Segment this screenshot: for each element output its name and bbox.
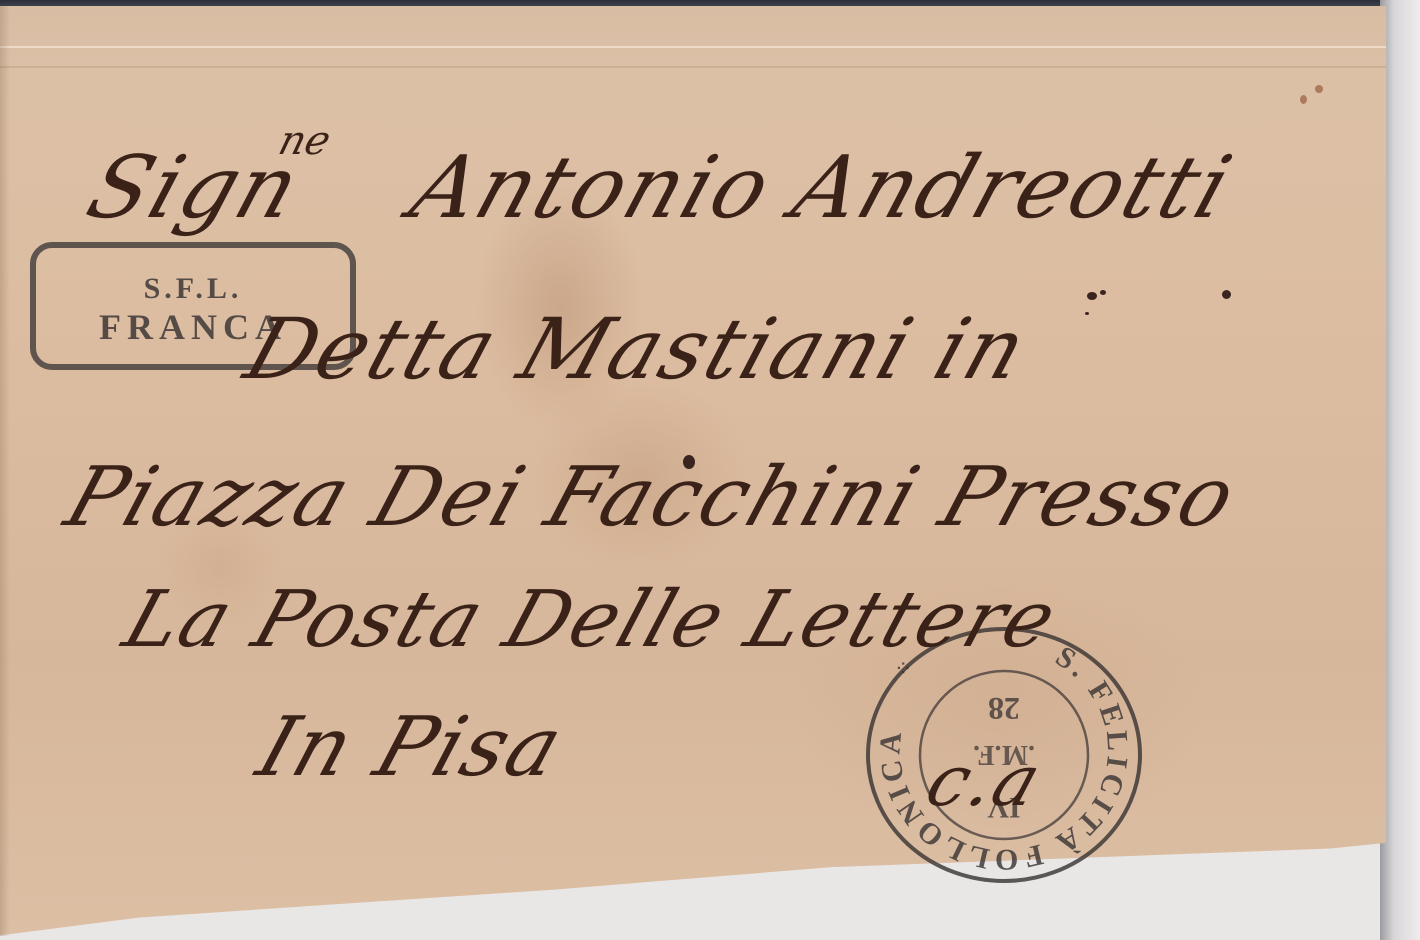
ink-spot: [1085, 312, 1089, 315]
photo-backdrop-right: [1380, 0, 1420, 940]
ink-spot: [1100, 290, 1106, 295]
foxing-spot: [1300, 95, 1307, 104]
ink-spot: [1222, 290, 1231, 299]
postmark-inner-3: 28: [988, 691, 1020, 727]
foxing-spot: [1315, 85, 1323, 93]
address-line-2: Detta Mastiani in: [234, 300, 1040, 398]
address-line-3: Piazza Dei Facchini Presso: [55, 450, 1249, 545]
address-line-4: La Posta Delle Lettere: [113, 575, 1068, 665]
fold-crease-shadow: [0, 66, 1386, 68]
ink-spot: [1087, 292, 1097, 300]
addressee-name: Antonio Andreotti: [399, 138, 1244, 238]
fold-crease: [0, 46, 1386, 48]
address-salutation-line: Sign Antonio Andreotti: [76, 138, 1245, 238]
paper-edge-shadow: [0, 6, 10, 936]
address-line-5: In Pisa: [247, 700, 576, 795]
